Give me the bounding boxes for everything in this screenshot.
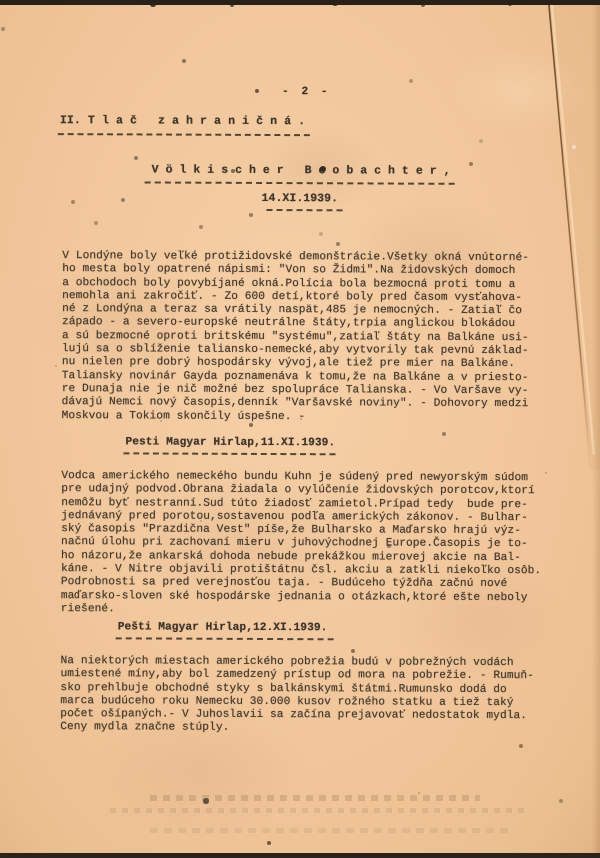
section-title-underline <box>58 133 310 136</box>
scan-border-bottom <box>0 853 600 858</box>
scan-border-top <box>0 0 600 5</box>
article-date: 14.XI.1939. <box>262 192 339 206</box>
article-source-underline <box>123 452 335 455</box>
article-source-underline <box>116 637 334 640</box>
article-source: Pesti Magyar Hirlap,11.XI.1939. <box>125 436 335 450</box>
scanned-document-page: - 2 - II. T l a č z a h r a n i č n á . … <box>0 0 600 858</box>
page-number: - 2 - <box>282 86 331 100</box>
typewritten-content: - 2 - II. T l a č z a h r a n i č n á . … <box>0 0 600 858</box>
article-date-underline <box>267 209 343 211</box>
article-body: Na niektorých miestach amerického pobrež… <box>60 655 534 737</box>
article-source: V ö l k i s c h e r B e o b a c h t e r … <box>152 163 451 178</box>
section-title: II. T l a č z a h r a n i č n á . <box>60 114 305 128</box>
article-source-underline <box>145 181 455 184</box>
article-source: Pešti Magyar Hirlap,12.XI.1939. <box>118 621 328 635</box>
article-body: Vodca amerického nemeckého bundu Kuhn je… <box>61 470 542 618</box>
article-body: V Londýne boly veľké protižidovské demon… <box>62 250 529 425</box>
